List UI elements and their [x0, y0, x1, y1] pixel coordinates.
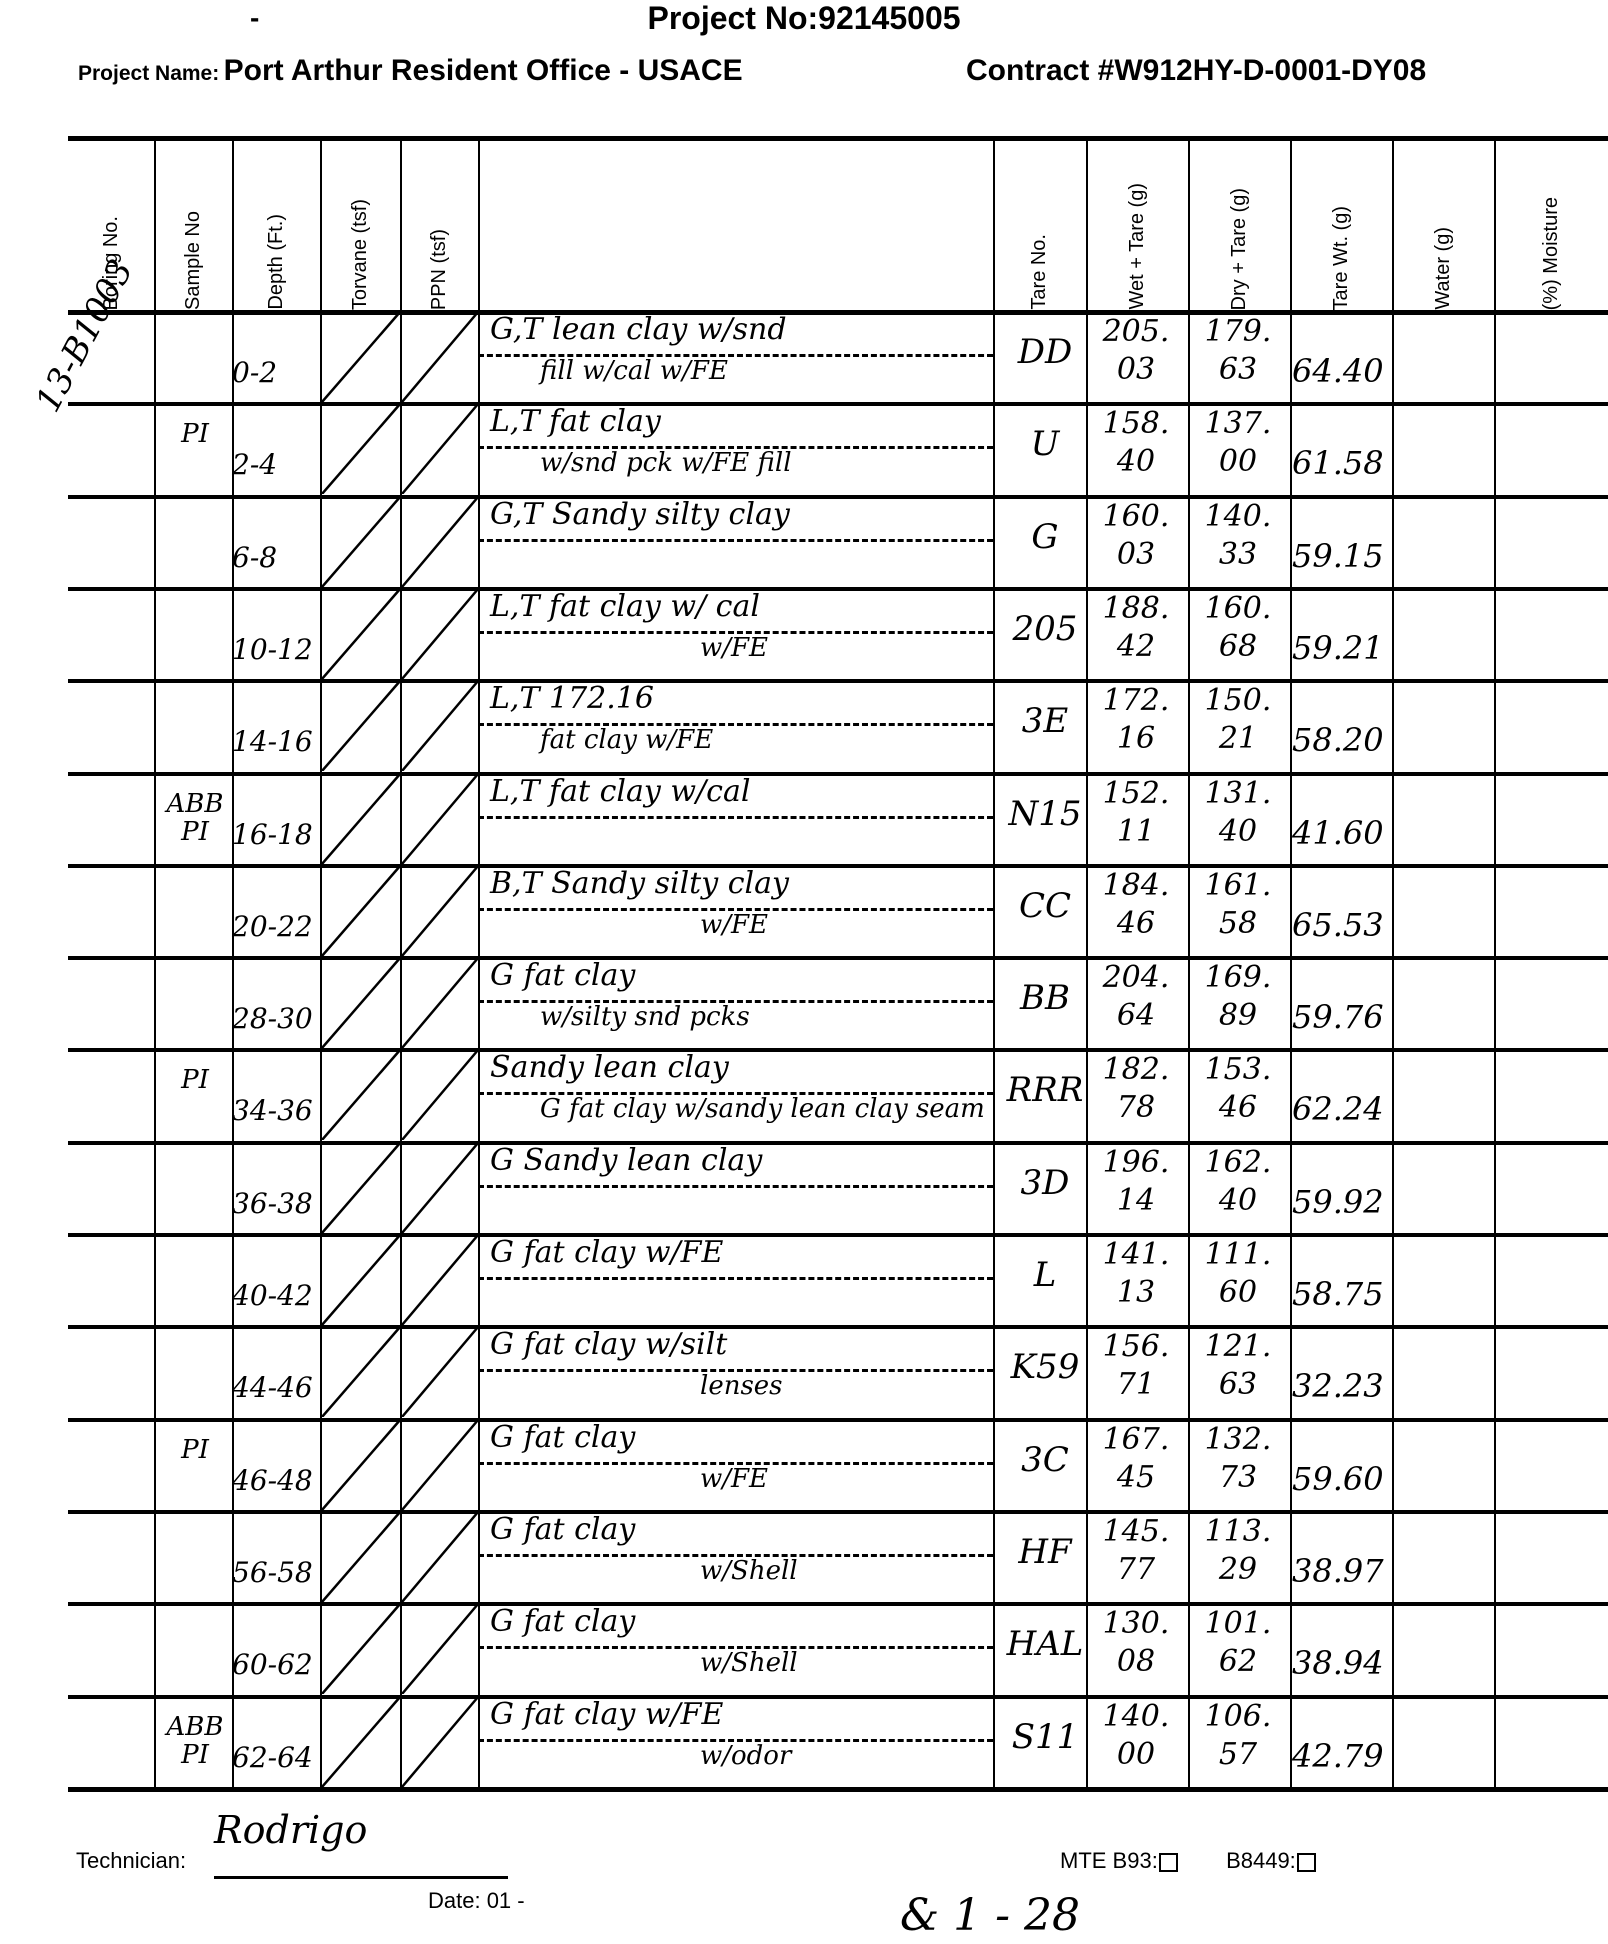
dry-tare-integer: 131. [1192, 776, 1284, 812]
dry-tare-integer: 113. [1192, 1514, 1284, 1550]
column-divider [320, 136, 322, 1787]
column-divider [993, 136, 995, 1787]
description-line-2: fat clay w/FE [540, 725, 713, 755]
wet-tare-decimal: 03 [1090, 352, 1182, 388]
row-divider [68, 956, 1608, 960]
column-divider [154, 136, 156, 1787]
wet-tare-decimal: 78 [1090, 1090, 1182, 1126]
dry-tare-decimal: 58 [1192, 906, 1284, 942]
column-header: Dry + Tare (g) [1188, 138, 1290, 310]
tare-number: RRR [1000, 1070, 1090, 1110]
column-header-label: Tare Wt. (g) [1330, 202, 1353, 310]
column-header-label: Water (g) [1432, 223, 1455, 310]
description-line-1: G,T Sandy silty clay [490, 497, 790, 532]
project-number-value: 92145005 [818, 0, 960, 36]
description-line-1: G fat clay w/FE [490, 1697, 723, 1732]
dry-tare-integer: 121. [1192, 1329, 1284, 1365]
row-divider [68, 1510, 1608, 1514]
dry-tare-integer: 153. [1192, 1052, 1284, 1088]
column-header-label: Boring No. [100, 212, 123, 311]
wet-tare-integer: 141. [1090, 1237, 1182, 1273]
description-dashed-line [478, 1277, 993, 1280]
depth-value: 40-42 [232, 1279, 313, 1312]
table-row: PI34-36Sandy lean clayG fat clay w/sandy… [0, 1048, 1608, 1140]
sample-number: ABB PI [160, 1713, 230, 1769]
tare-number: L [1000, 1255, 1090, 1295]
description-line-1: L,T fat clay w/cal [490, 774, 750, 809]
project-number: Project No:92145005 [0, 0, 1608, 37]
tare-weight: 64.40 [1292, 352, 1392, 390]
dry-tare-decimal: 40 [1192, 814, 1284, 850]
wet-tare-decimal: 11 [1090, 814, 1182, 850]
tare-number: K59 [1000, 1347, 1090, 1387]
wet-tare-integer: 140. [1090, 1699, 1182, 1735]
depth-value: 46-48 [232, 1464, 313, 1497]
description-line-2: w/FE [700, 910, 768, 940]
tare-number: N15 [1000, 794, 1090, 834]
wet-tare-decimal: 13 [1090, 1275, 1182, 1311]
wet-tare-decimal: 77 [1090, 1552, 1182, 1588]
row-divider [68, 679, 1608, 683]
tare-weight: 59.21 [1292, 629, 1392, 667]
sample-number: PI [160, 420, 230, 448]
description-dashed-line [478, 1185, 993, 1188]
column-header: Torvane (tsf) [320, 138, 400, 310]
column-header-label: Torvane (tsf) [349, 195, 372, 310]
dry-tare-decimal: 00 [1192, 444, 1284, 480]
tare-number: CC [1000, 886, 1090, 926]
table-row: PI46-48G fat clayw/FE3C167.45132.7359.60 [0, 1418, 1608, 1510]
column-divider [1494, 136, 1496, 1787]
wet-tare-integer: 167. [1090, 1422, 1182, 1458]
b8449-checkbox[interactable] [1297, 1853, 1316, 1872]
wet-tare-integer: 160. [1090, 499, 1182, 535]
dry-tare-integer: 137. [1192, 406, 1284, 442]
mte-b93-checkbox[interactable] [1159, 1853, 1178, 1872]
depth-value: 16-18 [232, 818, 313, 851]
tare-number: U [1000, 424, 1090, 464]
dry-tare-integer: 161. [1192, 868, 1284, 904]
description-line-1: G fat clay [490, 958, 635, 993]
column-divider [1086, 136, 1088, 1787]
table-row: 28-30G fat clayw/silty snd pcksBB204.641… [0, 956, 1608, 1048]
date-label: Date: 01 - [428, 1888, 525, 1914]
dry-tare-integer: 169. [1192, 960, 1284, 996]
dry-tare-integer: 111. [1192, 1237, 1284, 1273]
wet-tare-decimal: 14 [1090, 1183, 1182, 1219]
wet-tare-integer: 156. [1090, 1329, 1182, 1365]
dry-tare-integer: 132. [1192, 1422, 1284, 1458]
row-divider [68, 1325, 1608, 1329]
column-header: (%) Moisture [1494, 138, 1608, 310]
tare-weight: 41.60 [1292, 814, 1392, 852]
table-row: ABB PI16-18L,T fat clay w/calN15152.1113… [0, 772, 1608, 864]
dry-tare-integer: 179. [1192, 314, 1284, 350]
table-row: 0-2G,T lean clay w/sndfill w/cal w/FEDD2… [0, 310, 1608, 402]
description-line-1: B,T Sandy silty clay [490, 866, 789, 901]
dry-tare-decimal: 33 [1192, 537, 1284, 573]
tare-number: HF [1000, 1532, 1090, 1572]
dry-tare-decimal: 46 [1192, 1090, 1284, 1126]
technician-signature: Rodrigo [214, 1808, 367, 1852]
column-header: Tare No. [993, 138, 1086, 310]
tare-weight: 38.97 [1292, 1552, 1392, 1590]
sample-number: PI [160, 1066, 230, 1094]
wet-tare-decimal: 45 [1090, 1460, 1182, 1496]
wet-tare-integer: 158. [1090, 406, 1182, 442]
row-divider [68, 1695, 1608, 1699]
column-header: Water (g) [1392, 138, 1494, 310]
dry-tare-decimal: 89 [1192, 998, 1284, 1034]
mte-b93-label: MTE B93: [1060, 1848, 1158, 1873]
tare-number: DD [1000, 332, 1090, 372]
dry-tare-decimal: 63 [1192, 352, 1284, 388]
depth-value: 10-12 [232, 633, 313, 666]
column-divider [232, 136, 234, 1787]
description-line-1: G Sandy lean clay [490, 1143, 762, 1178]
sample-number: ABB PI [160, 790, 230, 846]
dry-tare-decimal: 73 [1192, 1460, 1284, 1496]
row-divider [68, 1418, 1608, 1422]
column-header: Sample No [154, 138, 232, 310]
description-line-2: w/Shell [700, 1556, 798, 1586]
depth-value: 20-22 [232, 910, 313, 943]
wet-tare-integer: 182. [1090, 1052, 1182, 1088]
contract-number: Contract #W912HY-D-0001-DY08 [966, 54, 1426, 88]
row-divider [68, 495, 1608, 499]
wet-tare-decimal: 40 [1090, 444, 1182, 480]
tare-weight: 58.20 [1292, 721, 1392, 759]
description-line-2: lenses [700, 1371, 783, 1401]
wet-tare-decimal: 64 [1090, 998, 1182, 1034]
tare-number: 205 [1000, 609, 1090, 649]
table-row: 56-58G fat clayw/ShellHF145.77113.2938.9… [0, 1510, 1608, 1602]
sample-number: PI [160, 1436, 230, 1464]
dry-tare-decimal: 40 [1192, 1183, 1284, 1219]
column-header-label: (%) Moisture [1540, 193, 1563, 310]
tare-weight: 58.75 [1292, 1275, 1392, 1313]
tare-weight: 61.58 [1292, 444, 1392, 482]
description-line-1: Sandy lean clay [490, 1050, 729, 1085]
tare-number: HAL [1000, 1624, 1090, 1664]
tare-weight: 62.24 [1292, 1090, 1392, 1128]
wet-tare-integer: 130. [1090, 1606, 1182, 1642]
depth-value: 44-46 [232, 1371, 313, 1404]
dry-tare-decimal: 63 [1192, 1367, 1284, 1403]
dry-tare-integer: 140. [1192, 499, 1284, 535]
project-name-label: Project Name: [78, 62, 219, 85]
table-row: PI2-4L,T fat clayw/snd pck w/FE fillU158… [0, 402, 1608, 494]
description-line-2: w/Shell [700, 1648, 798, 1678]
description-line-2: w/odor [700, 1741, 791, 1771]
dry-tare-integer: 106. [1192, 1699, 1284, 1735]
wet-tare-integer: 184. [1090, 868, 1182, 904]
description-line-2: w/FE [700, 633, 768, 663]
table-row: 20-22B,T Sandy silty clayw/FECC184.46161… [0, 864, 1608, 956]
tare-number: G [1000, 517, 1090, 557]
wet-tare-integer: 172. [1090, 683, 1182, 719]
table-row: 14-16L,T 172.16fat clay w/FE3E172.16150.… [0, 679, 1608, 771]
column-header: Tare Wt. (g) [1290, 138, 1392, 310]
description-dashed-line [478, 816, 993, 819]
dry-tare-decimal: 62 [1192, 1644, 1284, 1680]
description-line-1: L,T 172.16 [490, 681, 654, 716]
dry-tare-integer: 162. [1192, 1145, 1284, 1181]
column-divider [478, 136, 480, 1787]
column-header-label: Depth (Ft.) [265, 210, 288, 310]
description-line-2: G fat clay w/sandy lean clay seam [540, 1094, 985, 1124]
table-row: 10-12L,T fat clay w/ calw/FE205188.42160… [0, 587, 1608, 679]
table-row: 44-46G fat clay w/siltlensesK59156.71121… [0, 1325, 1608, 1417]
tare-weight: 42.79 [1292, 1737, 1392, 1775]
row-divider [68, 772, 1608, 776]
depth-value: 28-30 [232, 1002, 313, 1035]
row-divider [68, 587, 1608, 591]
column-header-label: Sample No [182, 207, 205, 310]
tare-number: 3C [1000, 1440, 1090, 1480]
tare-number: 3E [1000, 701, 1090, 741]
wet-tare-integer: 188. [1090, 591, 1182, 627]
description-line-1: G fat clay w/silt [490, 1327, 727, 1362]
row-divider [68, 1787, 1608, 1792]
table-row: 40-42G fat clay w/FEL141.13111.6058.75 [0, 1233, 1608, 1325]
dry-tare-integer: 150. [1192, 683, 1284, 719]
project-number-label: Project No: [647, 0, 818, 36]
column-header-label: Dry + Tare (g) [1228, 184, 1251, 310]
wet-tare-decimal: 71 [1090, 1367, 1182, 1403]
technician-label: Technician: [76, 1848, 186, 1874]
tare-weight: 59.15 [1292, 537, 1392, 575]
wet-tare-integer: 152. [1090, 776, 1182, 812]
wet-tare-decimal: 16 [1090, 721, 1182, 757]
description-line-1: G fat clay [490, 1420, 635, 1455]
depth-value: 56-58 [232, 1556, 313, 1589]
wet-tare-decimal: 03 [1090, 537, 1182, 573]
wet-tare-decimal: 08 [1090, 1644, 1182, 1680]
description-line-2: w/silty snd pcks [540, 1002, 750, 1032]
column-header: Wet + Tare (g) [1086, 138, 1188, 310]
depth-value: 14-16 [232, 725, 313, 758]
project-name: Project Name: Port Arthur Resident Offic… [78, 54, 743, 88]
dry-tare-decimal: 57 [1192, 1737, 1284, 1773]
wet-tare-integer: 205. [1090, 314, 1182, 350]
tare-weight: 59.92 [1292, 1183, 1392, 1221]
description-line-2: w/snd pck w/FE fill [540, 448, 792, 478]
table-row: ABB PI62-64G fat clay w/FEw/odorS11140.0… [0, 1695, 1608, 1787]
row-divider [68, 402, 1608, 406]
column-header: Depth (Ft.) [232, 138, 320, 310]
b8449-label: B8449: [1226, 1848, 1296, 1873]
description-line-1: L,T fat clay w/ cal [490, 589, 760, 624]
wet-tare-integer: 145. [1090, 1514, 1182, 1550]
row-divider [68, 1141, 1608, 1145]
row-divider [68, 864, 1608, 868]
project-name-value: Port Arthur Resident Office - USACE [224, 54, 743, 87]
table-row: 6-8G,T Sandy silty clayG160.03140.3359.1… [0, 495, 1608, 587]
column-header [478, 138, 993, 310]
column-header: Boring No. [68, 138, 154, 310]
wet-tare-decimal: 46 [1090, 906, 1182, 942]
column-header-label: Tare No. [1028, 230, 1051, 310]
depth-value: 6-8 [232, 541, 277, 574]
header-bottom-border [68, 310, 1608, 315]
row-divider [68, 1602, 1608, 1606]
dry-tare-decimal: 60 [1192, 1275, 1284, 1311]
description-dashed-line [478, 539, 993, 542]
description-line-1: G fat clay [490, 1604, 635, 1639]
wet-tare-integer: 196. [1090, 1145, 1182, 1181]
dry-tare-integer: 101. [1192, 1606, 1284, 1642]
column-divider [1188, 136, 1190, 1787]
technician-underline [214, 1876, 508, 1879]
depth-value: 60-62 [232, 1648, 313, 1681]
dry-tare-integer: 160. [1192, 591, 1284, 627]
depth-value: 62-64 [232, 1741, 313, 1774]
description-line-1: G,T lean clay w/snd [490, 312, 787, 347]
dry-tare-decimal: 68 [1192, 629, 1284, 665]
dry-tare-decimal: 29 [1192, 1552, 1284, 1588]
description-line-2: w/FE [700, 1464, 768, 1494]
depth-value: 2-4 [232, 448, 277, 481]
tare-weight: 59.76 [1292, 998, 1392, 1036]
description-line-2: fill w/cal w/FE [540, 356, 728, 386]
tare-number: BB [1000, 978, 1090, 1018]
depth-value: 34-36 [232, 1094, 313, 1127]
wet-tare-decimal: 42 [1090, 629, 1182, 665]
column-header-label: PPN (tsf) [428, 225, 451, 310]
description-line-1: G fat clay w/FE [490, 1235, 723, 1270]
tare-weight: 65.53 [1292, 906, 1392, 944]
table-row: 60-62G fat clayw/ShellHAL130.08101.6238.… [0, 1602, 1608, 1694]
row-divider [68, 1233, 1608, 1237]
column-divider [400, 136, 402, 1787]
row-divider [68, 1048, 1608, 1052]
equipment-checkboxes: MTE B93: B8449: [1060, 1848, 1316, 1874]
description-line-1: L,T fat clay [490, 404, 661, 439]
column-divider [1392, 136, 1394, 1787]
wet-tare-integer: 204. [1090, 960, 1182, 996]
depth-value: 0-2 [232, 356, 277, 389]
tare-weight: 59.60 [1292, 1460, 1392, 1498]
tare-weight: 38.94 [1292, 1644, 1392, 1682]
column-header: PPN (tsf) [400, 138, 478, 310]
dry-tare-decimal: 21 [1192, 721, 1284, 757]
tare-number: 3D [1000, 1163, 1090, 1203]
depth-value: 36-38 [232, 1187, 313, 1220]
column-divider [1290, 136, 1292, 1787]
description-line-1: G fat clay [490, 1512, 635, 1547]
tare-weight: 32.23 [1292, 1367, 1392, 1405]
column-header-label: Wet + Tare (g) [1126, 179, 1149, 310]
handwritten-date: & 1 - 28 [900, 1890, 1080, 1941]
wet-tare-decimal: 00 [1090, 1737, 1182, 1773]
tare-number: S11 [1000, 1717, 1090, 1757]
table-row: 36-38G Sandy lean clay3D196.14162.4059.9… [0, 1141, 1608, 1233]
